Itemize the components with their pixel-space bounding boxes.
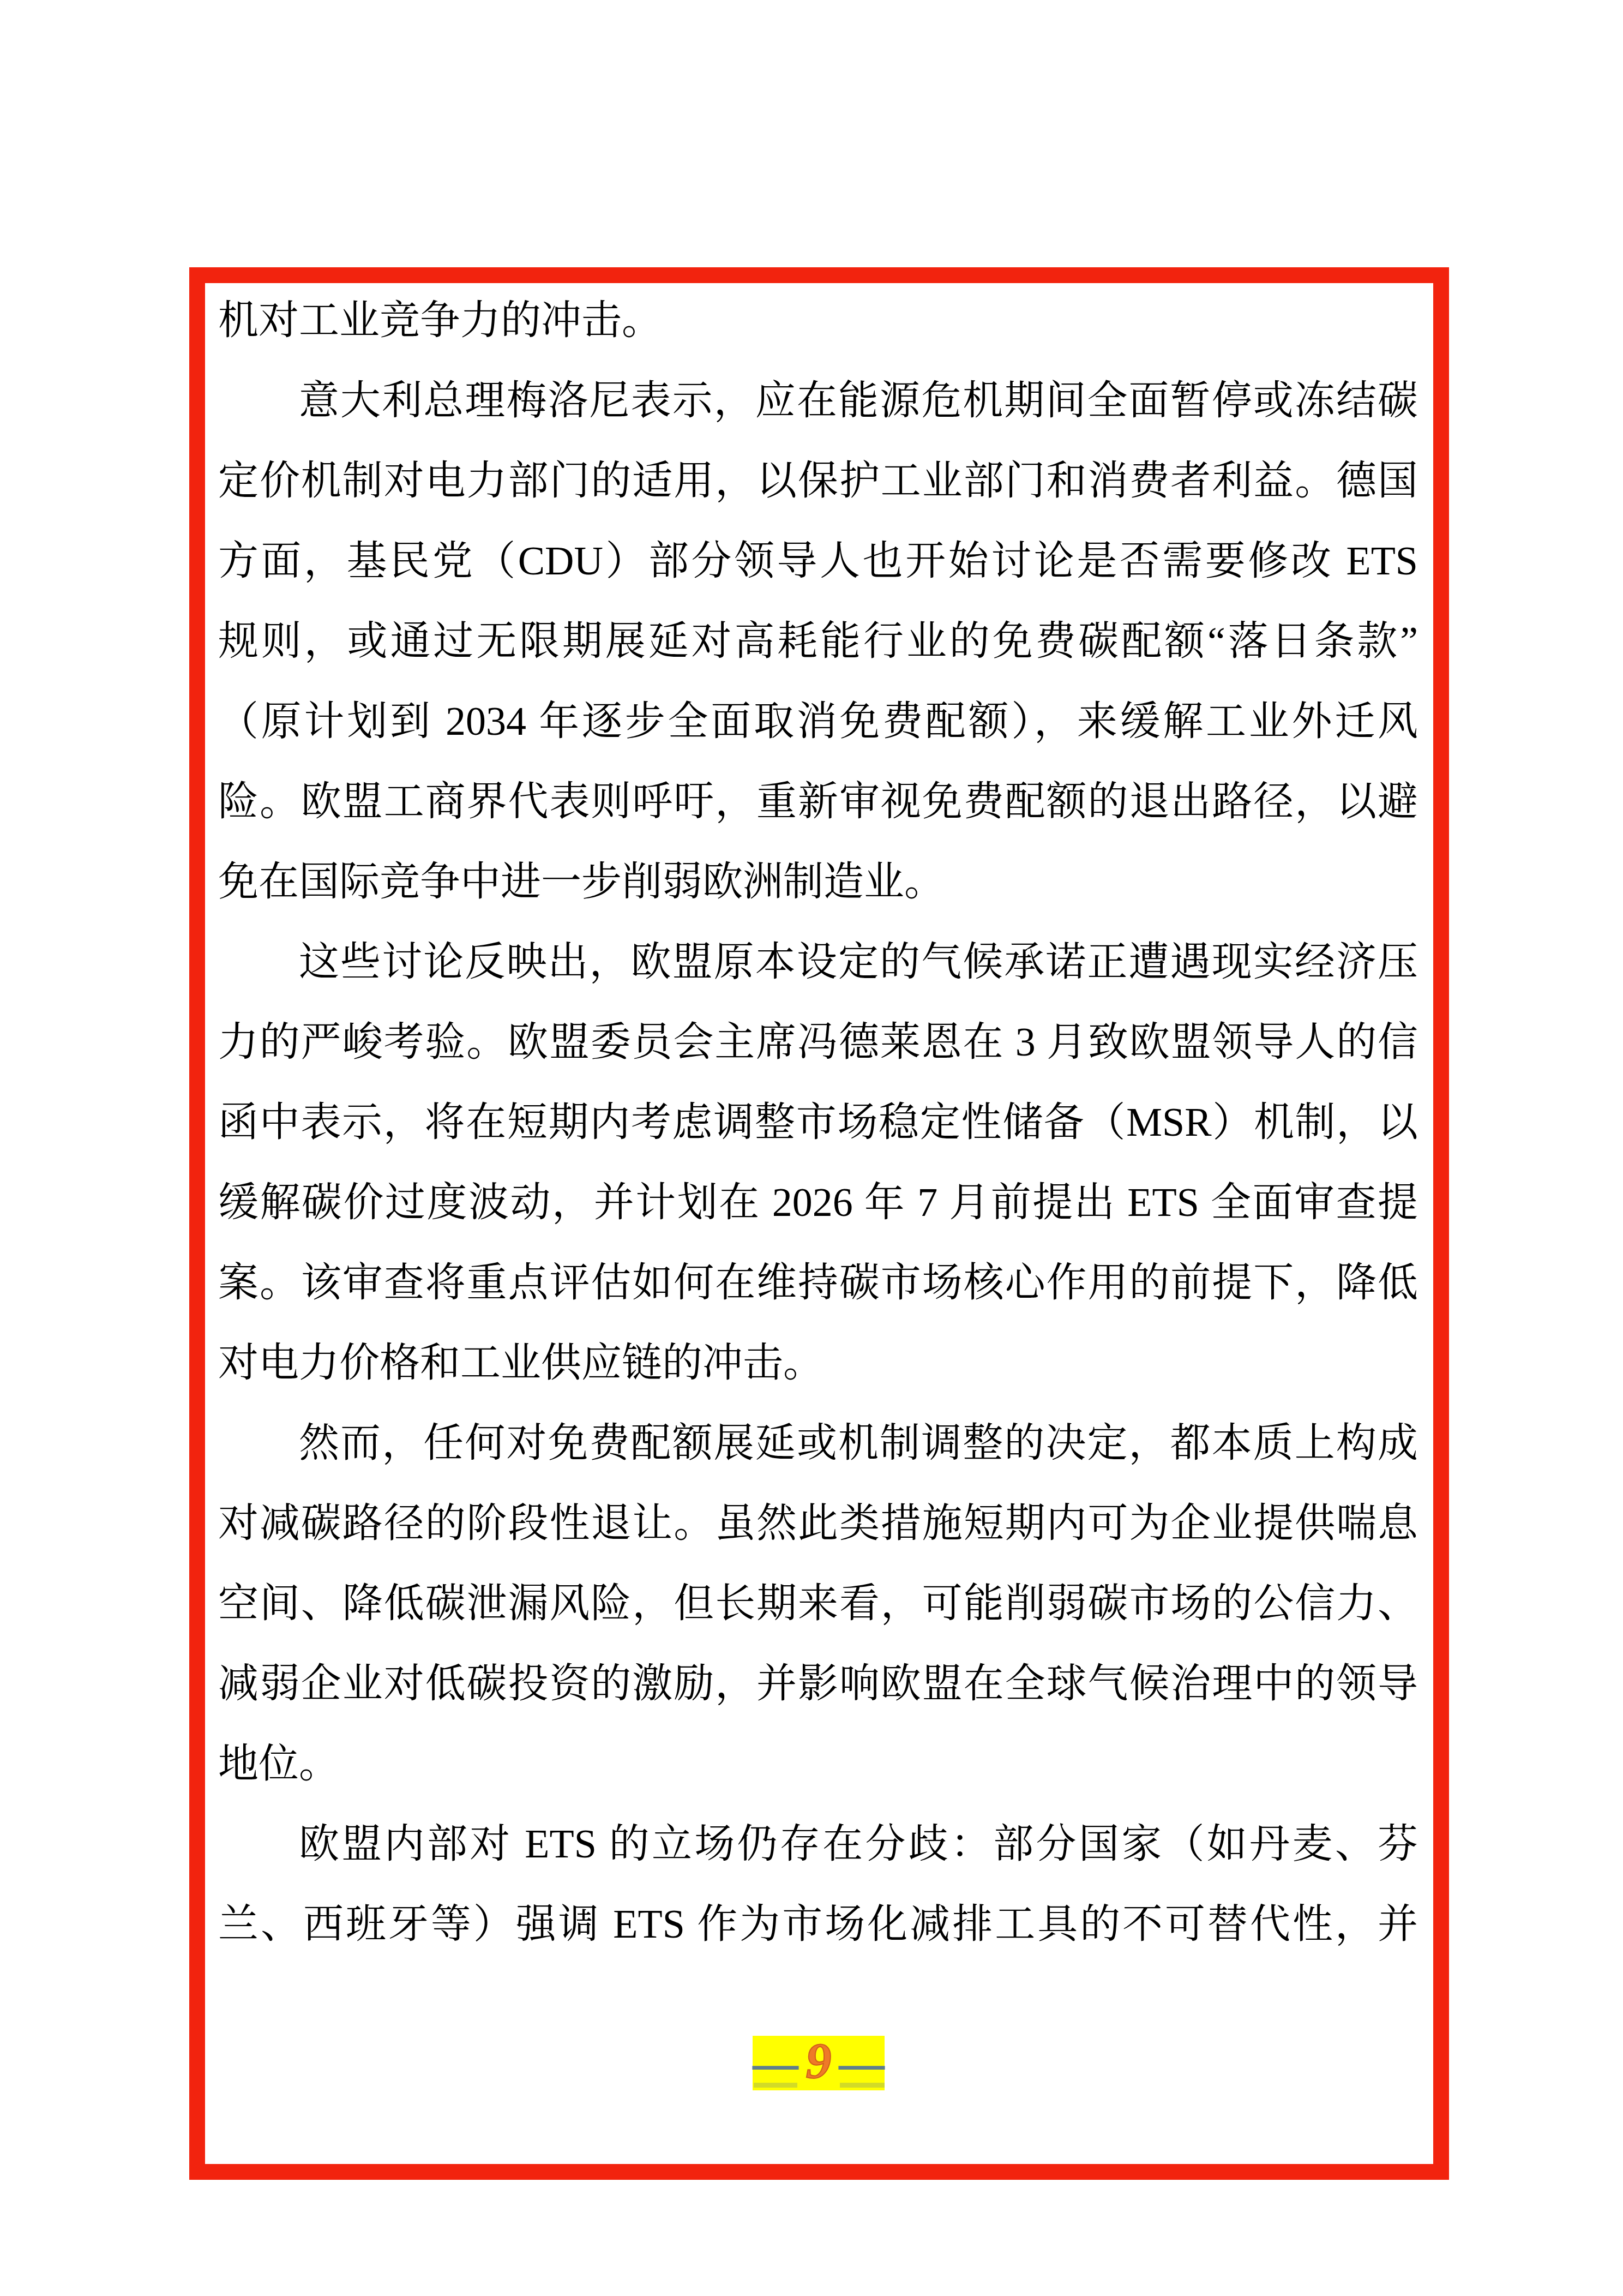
dash-reflection-right [840, 2083, 885, 2088]
text-line: 兰、西班牙等）强调 ETS 作为市场化减排工具的不可替代性，并 [218, 1885, 1418, 1965]
document-page: 机对工业竞争力的冲击。意大利总理梅洛尼表示，应在能源危机期间全面暂停或冻结碳定价… [0, 0, 1623, 2296]
text-line: 缓解碳价过度波动，并计划在 2026 年 7 月前提出 ETS 全面审查提 [218, 1163, 1418, 1243]
text-line: 然而，任何对免费配额展延或机制调整的决定，都本质上构成 [218, 1404, 1418, 1484]
text-line: （原计划到 2034 年逐步全面取消免费配额），来缓解工业外迁风 [218, 682, 1418, 762]
text-line: 规则，或通过无限期展延对高耗能行业的免费碳配额“落日条款” [218, 602, 1418, 682]
page-number: 9 [806, 2034, 832, 2088]
text-line: 定价机制对电力部门的适用，以保护工业部门和消费者利益。德国 [218, 441, 1418, 521]
text-line: 免在国际竞争中进一步削弱欧洲制造业。 [218, 842, 1418, 922]
text-line: 地位。 [218, 1724, 1418, 1805]
text-line: 对电力价格和工业供应链的冲击。 [218, 1323, 1418, 1404]
document-body: 机对工业竞争力的冲击。意大利总理梅洛尼表示，应在能源危机期间全面暂停或冻结碳定价… [218, 281, 1418, 1965]
text-line: 险。欧盟工商界代表则呼吁，重新审视免费配额的退出路径，以避 [218, 762, 1418, 842]
page-number-badge: — 9 — [753, 2036, 885, 2090]
text-line: 减弱企业对低碳投资的激励，并影响欧盟在全球气候治理中的领导 [218, 1644, 1418, 1724]
text-line: 欧盟内部对 ETS 的立场仍存在分歧：部分国家（如丹麦、芬 [218, 1805, 1418, 1885]
text-line: 对减碳路径的阶段性退让。虽然此类措施短期内可为企业提供喘息 [218, 1484, 1418, 1564]
text-line: 意大利总理梅洛尼表示，应在能源危机期间全面暂停或冻结碳 [218, 361, 1418, 441]
text-line: 空间、降低碳泄漏风险，但长期来看，可能削弱碳市场的公信力、 [218, 1564, 1418, 1644]
dash-reflection-left [754, 2083, 797, 2088]
text-line: 机对工业竞争力的冲击。 [218, 281, 1418, 361]
text-line: 力的严峻考验。欧盟委员会主席冯德莱恩在 3 月致欧盟领导人的信 [218, 1003, 1418, 1083]
text-line: 这些讨论反映出，欧盟原本设定的气候承诺正遭遇现实经济压 [218, 922, 1418, 1003]
text-line: 方面，基民党（CDU）部分领导人也开始讨论是否需要修改 ETS [218, 521, 1418, 602]
text-line: 函中表示，将在短期内考虑调整市场稳定性储备（MSR）机制，以 [218, 1083, 1418, 1163]
text-line: 案。该审查将重点评估如何在维持碳市场核心作用的前提下，降低 [218, 1243, 1418, 1323]
